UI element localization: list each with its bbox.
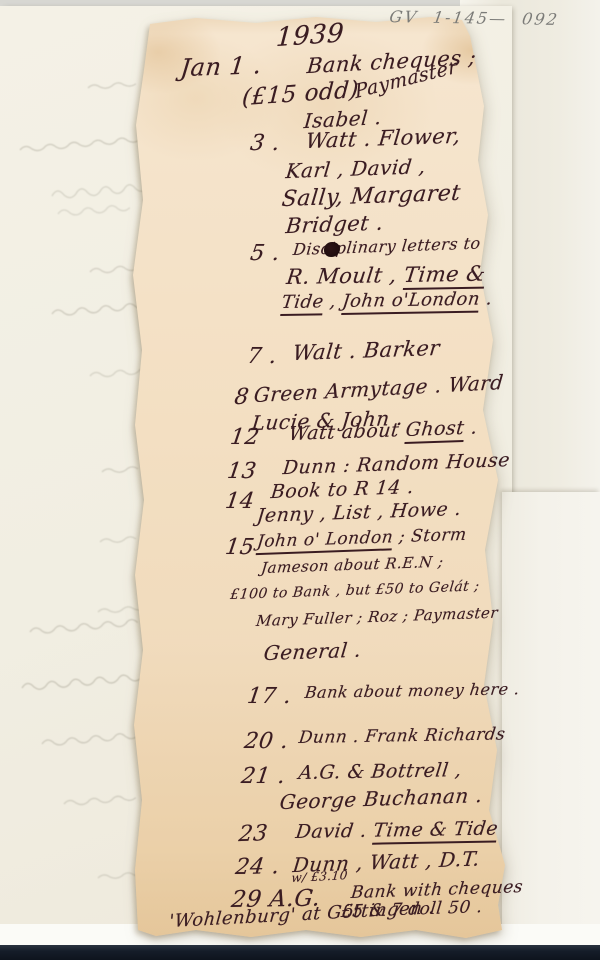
handwritten-line: Watt . Flower, [305, 125, 462, 154]
handwritten-line: 24 . [234, 855, 281, 880]
handwritten-line: Dunn . Frank Richards [298, 725, 507, 747]
handwritten-line: Mary Fuller ; Roz ; Paymaster [255, 605, 499, 630]
handwritten-line: Watt about Ghost . [288, 417, 479, 445]
handwritten-line: 13 [226, 460, 258, 484]
handwritten-line: £100 to Bank , but £50 to Gelát ; [229, 579, 480, 603]
pencil-archive-mark: GV 1-145— 092 [388, 8, 560, 29]
handwritten-line: Karl , David , [285, 155, 427, 182]
handwritten-line: General . [263, 639, 363, 665]
handwritten-line: w/ £3.10 [291, 869, 349, 885]
handwritten-line: 3 . [249, 132, 282, 156]
handwritten-line: 7 . [246, 345, 279, 369]
handwritten-line: 14 [224, 490, 256, 514]
handwritten-line: Book to R 14 . [270, 477, 415, 503]
handwritten-line: Sally, Margaret [280, 182, 461, 213]
scanned-page: GV 1-145— 0921939Jan 1 .Bank cheques ;(£… [0, 0, 600, 960]
handwritten-line: 'Wohlenburg' at Göttingen . [168, 898, 435, 932]
handwritten-line: Tide , John o'London . [281, 289, 494, 313]
handwritten-line: Dunn : Random House [282, 450, 511, 479]
handwritten-line: 20 . [243, 730, 290, 754]
handwritten-line: Jan 1 . [179, 52, 263, 81]
handwritten-line: 15 [224, 536, 256, 560]
handwritten-line: 8 [233, 386, 250, 410]
scanner-band [0, 945, 600, 960]
handwritten-line: A.G. & Bottrell , [297, 760, 463, 784]
handwritten-line: 23 [237, 822, 269, 847]
handwritten-line: 1939 [275, 19, 345, 53]
handwritten-line: George Buchanan . [279, 784, 484, 813]
handwritten-line: Disciplinary letters to [292, 234, 481, 258]
handwritten-line: 21 . [240, 765, 287, 789]
handwritten-line: Bank about money here . [304, 680, 521, 701]
handwritten-line: Walt . Barker [292, 337, 442, 365]
handwritten-line: 12 [229, 426, 261, 450]
handwritten-line: John o' London ; Storm [256, 526, 468, 552]
handwritten-line: Jameson about R.E.N ; [260, 554, 444, 577]
handwritten-line: David . Time & Tide [294, 818, 499, 842]
handwritten-line: 17 . [246, 685, 293, 709]
ink-layer: GV 1-145— 0921939Jan 1 .Bank cheques ;(£… [0, 0, 600, 960]
handwritten-line: 5 . [249, 242, 282, 266]
handwritten-line: Jenny , List , Howe . [256, 499, 463, 527]
handwritten-line: R. Moult , Time & [285, 263, 487, 290]
handwritten-line: Green Armytage . Ward [253, 371, 505, 406]
handwritten-line: Bridget . [285, 212, 385, 239]
